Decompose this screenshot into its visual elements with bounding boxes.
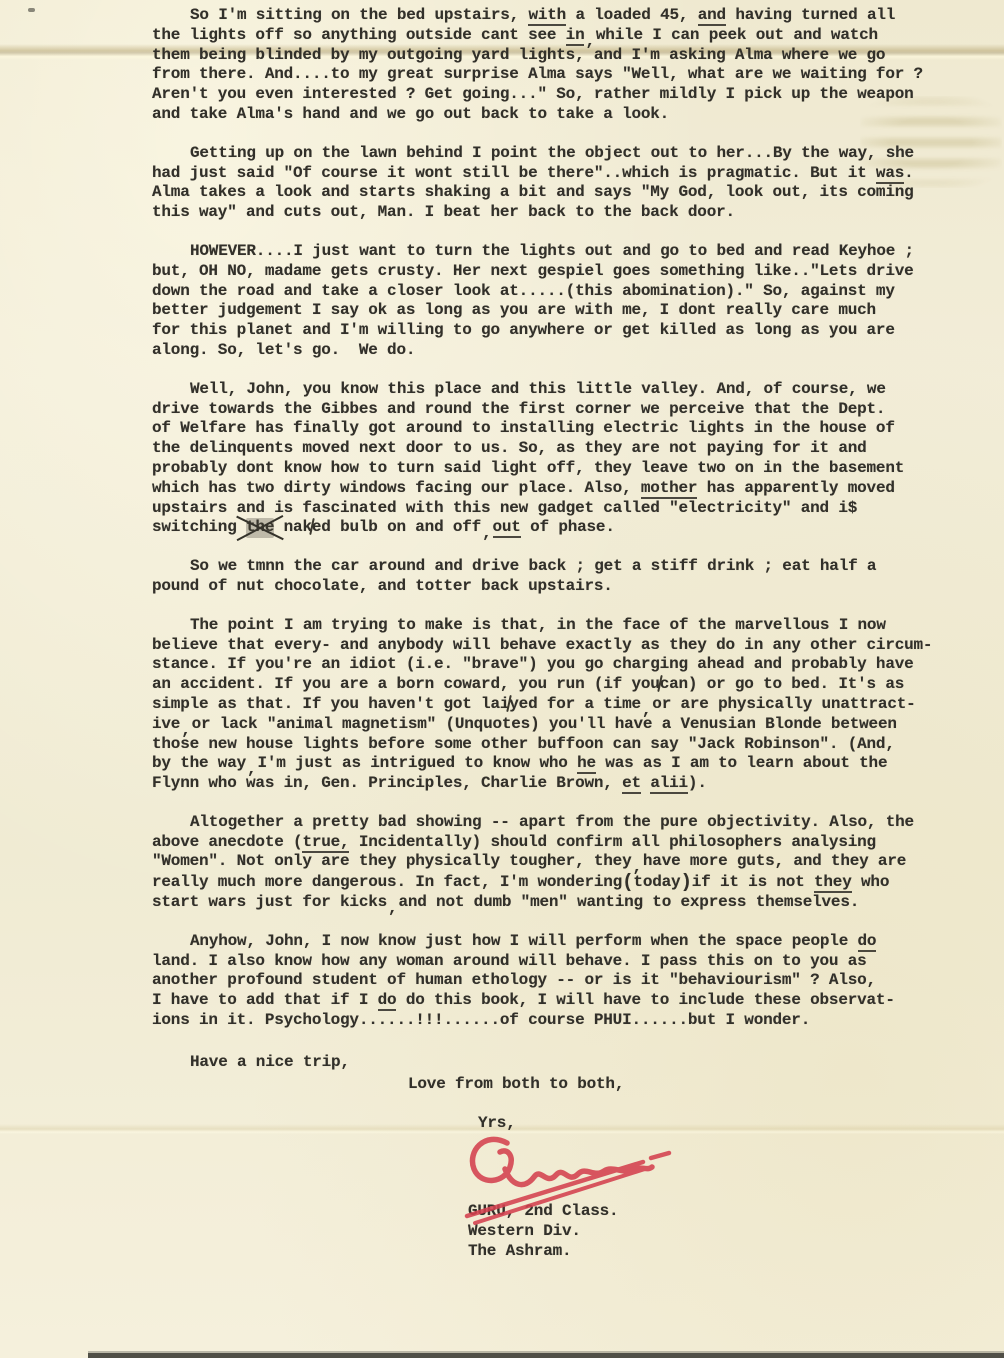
paragraph: Anyhow, John, I now know just how I will…	[152, 932, 982, 1031]
letter-line: stance. If you're an idiot (i.e. "brave"…	[152, 655, 982, 675]
letter-line: the lights off so anything outside cant …	[152, 26, 982, 46]
pen-slash-mark	[507, 695, 512, 712]
pen-paren-mark: (	[622, 871, 633, 893]
pen-comma-mark: ,	[181, 721, 190, 739]
pen-comma-mark: ,	[482, 524, 491, 542]
letter-line: along. So, let's go. We do.	[152, 341, 982, 361]
letter-line: above anecdote (true, Incidentally) shou…	[152, 833, 982, 853]
letter-line: "Women". Not only are they physically to…	[152, 852, 982, 872]
letter-line: an accident. If you are a born coward, y…	[152, 675, 982, 695]
letter-line: probably dont know how to turn said ligh…	[152, 459, 982, 479]
letter-page: So I'm sitting on the bed upstairs, with…	[0, 0, 1004, 1358]
letter-line: Aren't you even interested ? Get going..…	[152, 85, 982, 105]
pen-paren-mark: )	[680, 871, 691, 893]
closing-trip-line: Have a nice trip,	[152, 1053, 982, 1073]
letter-line: pound of nut chocolate, and totter back …	[152, 577, 982, 597]
letter-line: upstairs and is fascinated with this new…	[152, 499, 982, 519]
letter-line: Anyhow, John, I now know just how I will…	[152, 932, 982, 952]
letter-line: them being blinded by my outgoing yard l…	[152, 46, 982, 66]
letter-line: Well, John, you know this place and this…	[152, 380, 982, 400]
letter-line: and take Alma's hand and we go out back …	[152, 105, 982, 125]
letter-line: Flynn who was in, Gen. Principles, Charl…	[152, 774, 982, 794]
letter-line: switching the naked bulb on and off,out …	[152, 518, 982, 538]
letter-line: for this planet and I'm willing to go an…	[152, 321, 982, 341]
closing-love-line: Love from both to both,	[152, 1075, 982, 1095]
letter-line: Getting up on the lawn behind I point th…	[152, 144, 982, 164]
paragraphs-container: So I'm sitting on the bed upstairs, with…	[152, 6, 982, 1031]
pen-slash-mark	[309, 518, 314, 535]
letter-line: down the road and take a closer look at.…	[152, 282, 982, 302]
letter-line: from there. And....to my great surprise …	[152, 65, 982, 85]
pen-comma-mark: ,	[388, 899, 397, 917]
scan-bottom-edge	[88, 1353, 1004, 1358]
letter-line: this way" and cuts out, Man. I beat her …	[152, 203, 982, 223]
letter-line: but, OH NO, madame gets crusty. Her next…	[152, 262, 982, 282]
letter-line: those new house lights before some other…	[152, 735, 982, 755]
letter-line: land. I also know how any woman around w…	[152, 952, 982, 972]
letter-line: start wars just for kicks,and not dumb "…	[152, 893, 982, 913]
ink-speck	[28, 8, 35, 12]
pen-comma-mark: ,	[585, 32, 594, 50]
letter-line: better judgement I say ok as long as you…	[152, 301, 982, 321]
letter-line: had just said "Of course it wont still b…	[152, 164, 982, 184]
letter-line: another profound student of human etholo…	[152, 971, 982, 991]
letter-line: ive,or lack "animal magnetism" (Unquotes…	[152, 715, 982, 735]
letter-line: So I'm sitting on the bed upstairs, with…	[152, 6, 982, 26]
letter-line: The point I am trying to make is that, i…	[152, 616, 982, 636]
paragraph: Altogether a pretty bad showing -- apart…	[152, 813, 982, 913]
letter-line: Altogether a pretty bad showing -- apart…	[152, 813, 982, 833]
letter-line: by the way,I'm just as intrigued to know…	[152, 754, 982, 774]
letter-line: which has two dirty windows facing our p…	[152, 479, 982, 499]
pen-slash-mark	[657, 675, 662, 692]
letter-line: ions in it. Psychology......!!!......of …	[152, 1011, 982, 1031]
letter-line: really much more dangerous. In fact, I'm…	[152, 872, 982, 893]
paragraph: Getting up on the lawn behind I point th…	[152, 144, 982, 223]
letter-body: So I'm sitting on the bed upstairs, with…	[152, 6, 982, 1262]
letter-line: simple as that. If you haven't got laiye…	[152, 695, 982, 715]
letter-line: drive towards the Gibbes and round the f…	[152, 400, 982, 420]
letter-line: of Welfare has finally got around to ins…	[152, 419, 982, 439]
letter-line: Alma takes a look and starts shaking a b…	[152, 183, 982, 203]
pen-comma-mark: ,	[632, 858, 641, 876]
pen-comma-mark: ,	[642, 701, 651, 719]
red-strike-dash	[651, 1153, 669, 1158]
paragraph: HOWEVER....I just want to turn the light…	[152, 242, 982, 361]
letter-line: HOWEVER....I just want to turn the light…	[152, 242, 982, 262]
paragraph: The point I am trying to make is that, i…	[152, 616, 982, 794]
red-strike-line-1	[467, 1162, 643, 1216]
signature-scribble	[455, 1125, 715, 1260]
letter-line: So we tmnn the car around and drive back…	[152, 557, 982, 577]
paragraph: Well, John, you know this place and this…	[152, 380, 982, 538]
pen-comma-mark: ,	[247, 760, 256, 778]
letter-line: believe that every- and anybody will beh…	[152, 636, 982, 656]
paragraph: So I'm sitting on the bed upstairs, with…	[152, 6, 982, 125]
paragraph: So we tmnn the car around and drive back…	[152, 557, 982, 597]
letter-line: I have to add that if I do do this book,…	[152, 991, 982, 1011]
letter-line: the delinquents moved next door to us. S…	[152, 439, 982, 459]
